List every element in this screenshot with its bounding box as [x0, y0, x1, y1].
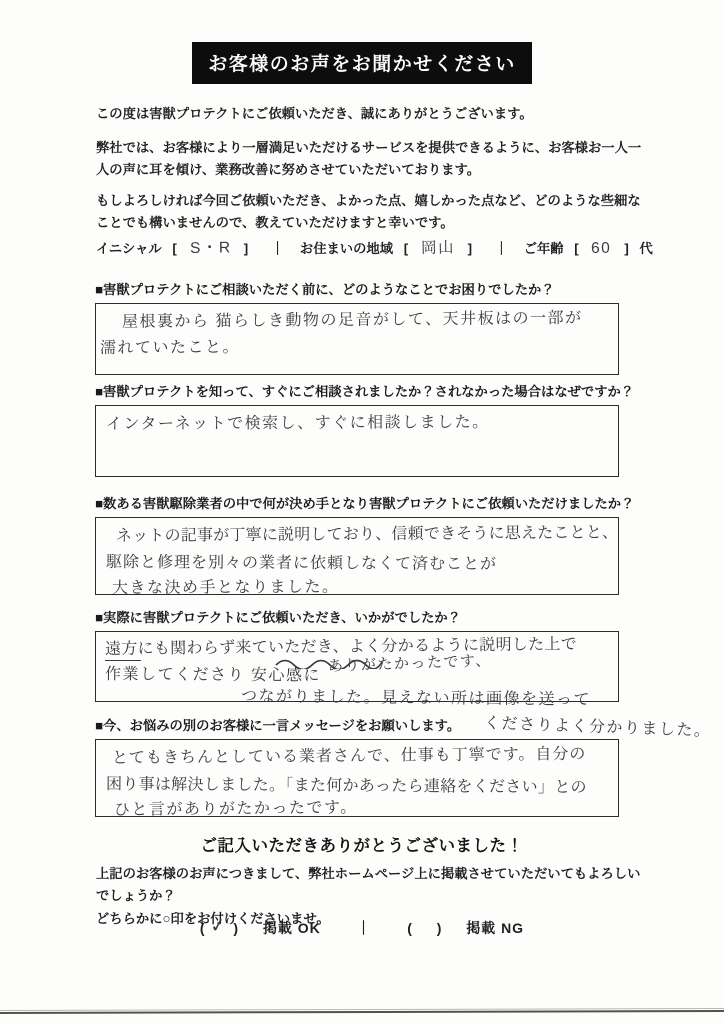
handwritten-line: つながりました。見えない所は画像を送って: [241, 684, 591, 714]
question-3: ■数ある害獣駆除業者の中で何が決め手となり害獣プロテクトにご依頼いただけましたか…: [95, 493, 619, 595]
question-2: ■害獣プロテクトを知って、すぐにご相談されましたか？されなかった場合はなぜですか…: [95, 381, 619, 477]
intro-paragraph-2: 弊社では、お客様により一層満足いただけるサービスを提供できるように、お客様お一人…: [96, 137, 652, 180]
question-3-label: ■数ある害獣駆除業者の中で何が決め手となり害獣プロテクトにご依頼いただけましたか…: [95, 493, 619, 512]
bracket-close: ]: [244, 241, 248, 256]
handwritten-line: 濡れていたこと。: [100, 332, 608, 362]
permission-line-1: 上記のお客様のお声につきまして、弊社ホームページ上に掲載させていただいてもよろし…: [96, 866, 640, 903]
scanned-survey-page: お客様のお声をお聞かせください この度は害獣プロテクトにご依頼いただき、誠にあり…: [0, 0, 724, 1024]
question-1: ■害獣プロテクトにご相談いただく前に、どのようなことでお困りでしたか？ 屋根裏か…: [95, 279, 619, 375]
consent-ng-label: 掲載 NG: [466, 920, 524, 936]
profile-row: イニシャル [ S・R ] ｜ お住まいの地域 [ 岡山 ] ｜ ご年齢 [ 6…: [96, 236, 620, 258]
consent-row: ( ✓ ) 掲載 OK ｜ ( ) 掲載 NG: [0, 916, 724, 939]
underline-mark: [105, 660, 141, 661]
area-value-handwritten: 岡山: [421, 235, 455, 258]
question-3-answer-box: ネットの記事が丁寧に説明しており、信頼できそうに思えたことと、 駆除と修理を別々…: [95, 517, 619, 595]
initial-value-handwritten: S・R: [189, 235, 231, 258]
handwritten-line: ひと言がありがたかったです。: [106, 793, 608, 824]
question-4: ■実際に害獣プロテクトにご依頼いただき、いかがでしたか？ 遠方にも関わらず来てい…: [95, 607, 619, 702]
handwritten-inserted-note: ありがたかったです、: [328, 648, 493, 680]
paren-close: ): [233, 920, 239, 936]
bracket-open: [: [404, 241, 408, 256]
paren-open: (: [200, 920, 206, 936]
intro-paragraph-3: もしよろしければ今回ご依頼いただき、よかった点、嬉しかった点など、どのような些細…: [96, 190, 652, 233]
question-2-label: ■害獣プロテクトを知って、すぐにご相談されましたか？されなかった場合はなぜですか…: [95, 381, 619, 400]
separator: ｜: [271, 241, 284, 256]
handwritten-line: ネットの記事が丁寧に説明しており、信頼できそうに思えたことと、: [106, 520, 608, 550]
question-4-label: ■実際に害獣プロテクトにご依頼いただき、いかがでしたか？: [95, 607, 619, 626]
question-1-label: ■害獣プロテクトにご相談いただく前に、どのようなことでお困りでしたか？: [95, 279, 619, 298]
question-2-answer-box: インターネットで検索し、すぐに相談しました。: [95, 405, 619, 477]
question-5-label: ■今、お悩みの別のお客様に一言メッセージをお願いします。: [95, 715, 619, 734]
bracket-close: ]: [468, 241, 472, 256]
age-value-handwritten: 60: [591, 240, 612, 258]
consent-ok-label: 掲載 OK: [263, 920, 321, 936]
paren-open: (: [407, 920, 413, 936]
question-4-answer-box: 遠方にも関わらず来ていただき、よく分かるように説明した上で 作業してくださり 安…: [95, 631, 619, 702]
question-1-answer-box: 屋根裏から 猫らしき動物の足音がして、天井板はの一部が 濡れていたこと。: [95, 303, 619, 375]
handwritten-line: インターネットで検索し、すぐに相談しました。: [106, 409, 608, 438]
handwritten-line: 屋根裏から 猫らしき動物の足音がして、天井板はの一部が: [106, 306, 608, 336]
thanks-heading: ご記入いただきありがとうございました！: [0, 832, 724, 856]
question-5-answer-box: とてもきちんとしている業者さんで、仕事も丁寧です。自分の 困り事は解決しました。…: [95, 739, 619, 817]
paren-close: ): [437, 920, 443, 936]
title-band: お客様のお声をお聞かせください: [0, 42, 724, 84]
question-5: ■今、お悩みの別のお客様に一言メッセージをお願いします。 とてもきちんとしている…: [95, 715, 619, 817]
age-label: ご年齢: [524, 241, 564, 256]
intro-paragraph-1: この度は害獣プロテクトにご依頼いただき、誠にありがとうございます。: [96, 103, 652, 125]
consent-separator: ｜: [357, 920, 372, 936]
consent-ok-checkmark: ✓: [209, 914, 230, 939]
age-suffix: 代: [640, 241, 653, 256]
initial-label: イニシャル: [96, 241, 162, 256]
handwritten-line: 大きな決め手となりました。: [106, 573, 608, 602]
bracket-close: ]: [624, 241, 628, 256]
area-label: お住まいの地域: [300, 241, 393, 256]
page-title: お客様のお声をお聞かせください: [192, 42, 532, 84]
handwritten-line: とてもきちんとしている業者さんで、仕事も丁寧です。自分の: [106, 742, 608, 772]
bracket-open: [: [172, 241, 176, 256]
bracket-open: [: [574, 241, 578, 256]
separator: ｜: [495, 241, 508, 256]
